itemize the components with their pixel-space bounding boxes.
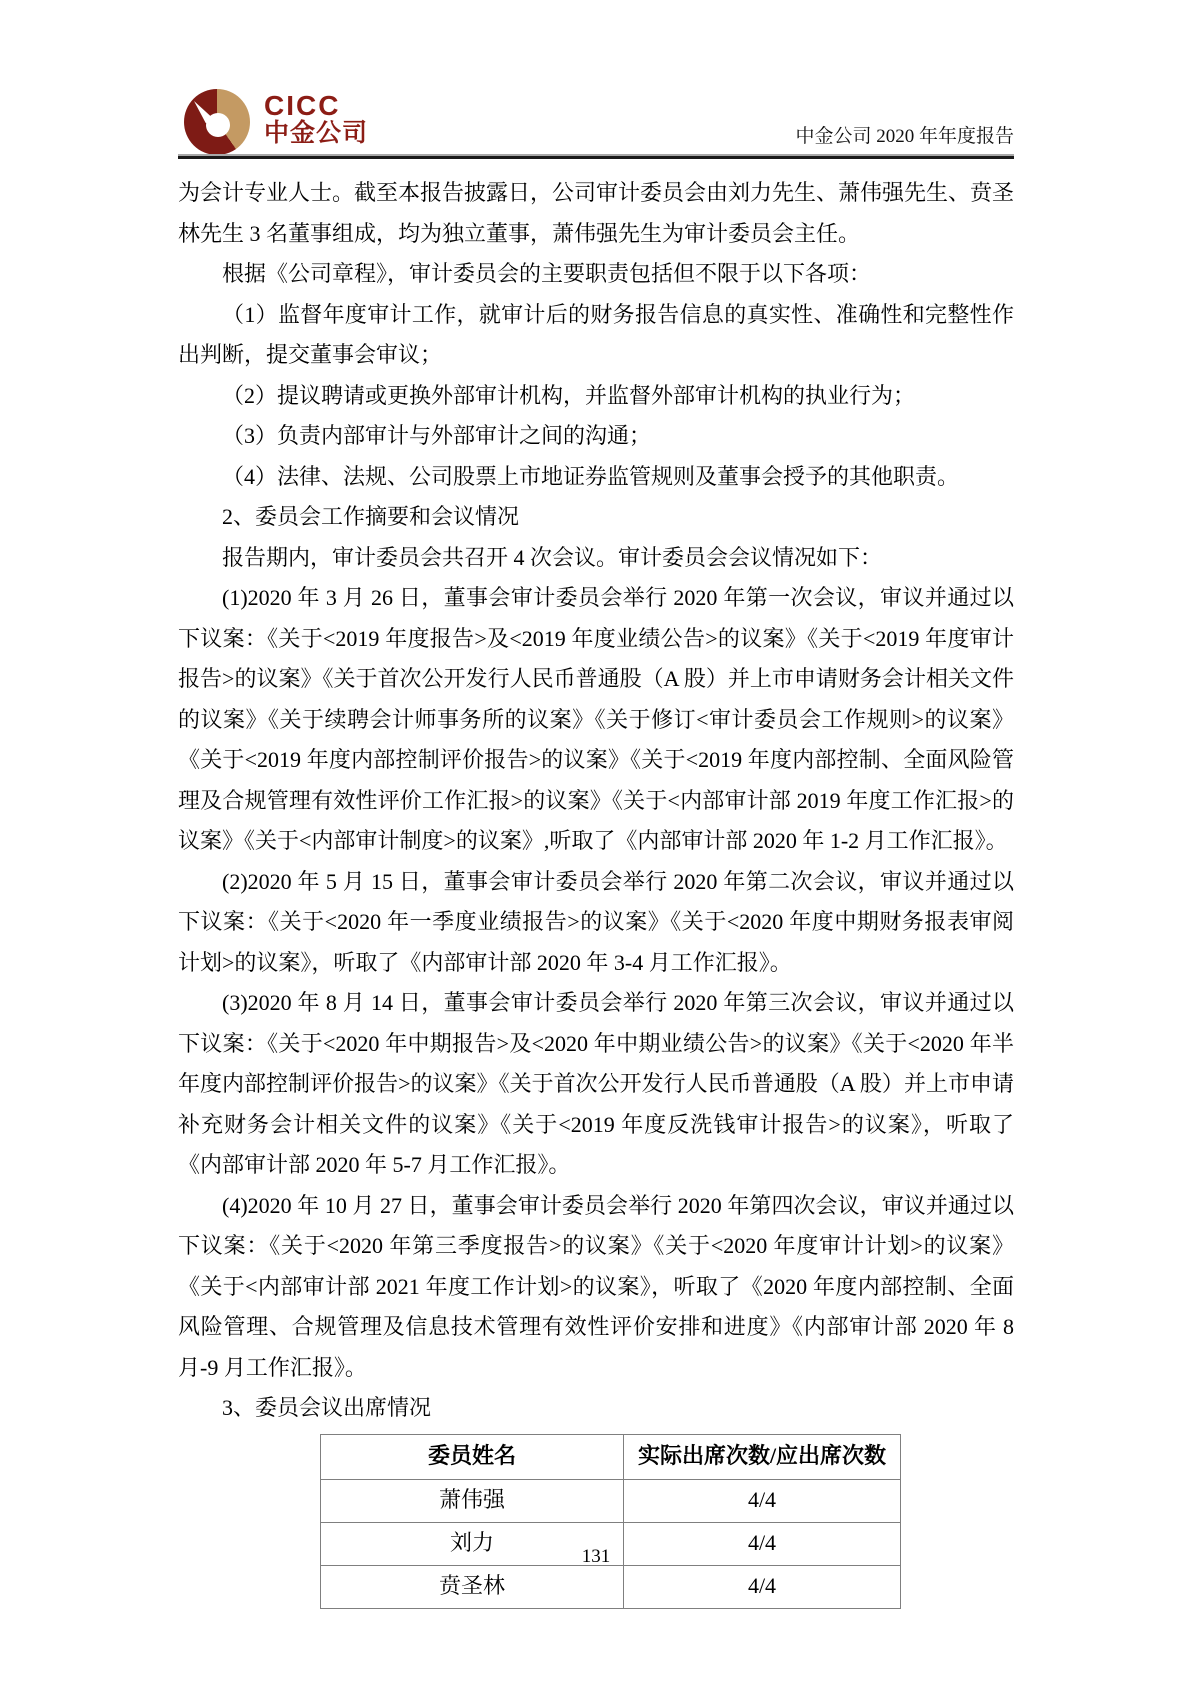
paragraph: 为会计专业人士。截至本报告披露日，公司审计委员会由刘力先生、萧伟强先生、贲圣林先… (178, 173, 1014, 254)
paragraph: 根据《公司章程》，审计委员会的主要职责包括但不限于以下各项： (178, 254, 1014, 295)
member-name: 贲圣林 (321, 1565, 624, 1608)
brand-name: 中金公司 (264, 120, 368, 146)
cicc-logo-icon (184, 89, 250, 155)
table-header-row: 委员姓名 实际出席次数/应出席次数 (321, 1434, 901, 1479)
page-number: 131 (178, 1546, 1014, 1568)
report-page: CICC 中金公司 中金公司 2020 年年度报告 为会计专业人士。截至本报告披… (0, 0, 1190, 1683)
attendance-table: 委员姓名 实际出席次数/应出席次数 萧伟强 4/4 刘力 4/4 贲圣林 4/4 (320, 1434, 901, 1609)
document-body: 为会计专业人士。截至本报告披露日，公司审计委员会由刘力先生、萧伟强先生、贲圣林先… (178, 173, 1014, 1609)
column-header-attendance: 实际出席次数/应出席次数 (624, 1434, 901, 1479)
brand-text: CICC 中金公司 (264, 91, 368, 147)
list-item-duty-1: （1）监督年度审计工作，就审计后的财务报告信息的真实性、准确性和完整性作出判断，… (178, 295, 1014, 376)
meeting-item-1: (1)2020 年 3 月 26 日，董事会审计委员会举行 2020 年第一次会… (178, 578, 1014, 862)
list-item-duty-4: （4）法律、法规、公司股票上市地证券监管规则及董事会授予的其他职责。 (178, 457, 1014, 498)
paragraph: 报告期内，审计委员会共召开 4 次会议。审计委员会会议情况如下： (178, 538, 1014, 579)
meeting-item-4: (4)2020 年 10 月 27 日，董事会审计委员会举行 2020 年第四次… (178, 1186, 1014, 1389)
meeting-item-2: (2)2020 年 5 月 15 日，董事会审计委员会举行 2020 年第二次会… (178, 862, 1014, 984)
header-divider (178, 156, 1014, 159)
list-item-duty-2: （2）提议聘请或更换外部审计机构，并监督外部审计机构的执业行为； (178, 376, 1014, 417)
table-row: 贲圣林 4/4 (321, 1565, 901, 1608)
column-header-name: 委员姓名 (321, 1434, 624, 1479)
member-name: 萧伟强 (321, 1479, 624, 1522)
cicc-logo: CICC 中金公司 (184, 88, 374, 158)
section-heading-3: 3、委员会议出席情况 (178, 1388, 1014, 1429)
section-heading-2: 2、委员会工作摘要和会议情况 (178, 497, 1014, 538)
brand-acronym: CICC (264, 91, 368, 120)
member-attendance: 4/4 (624, 1479, 901, 1522)
meeting-item-3: (3)2020 年 8 月 14 日，董事会审计委员会举行 2020 年第三次会… (178, 983, 1014, 1186)
member-attendance: 4/4 (624, 1565, 901, 1608)
list-item-duty-3: （3）负责内部审计与外部审计之间的沟通； (178, 416, 1014, 457)
table-row: 萧伟强 4/4 (321, 1479, 901, 1522)
page-header: CICC 中金公司 中金公司 2020 年年度报告 (178, 84, 1014, 162)
report-title: 中金公司 2020 年年度报告 (795, 121, 1014, 148)
